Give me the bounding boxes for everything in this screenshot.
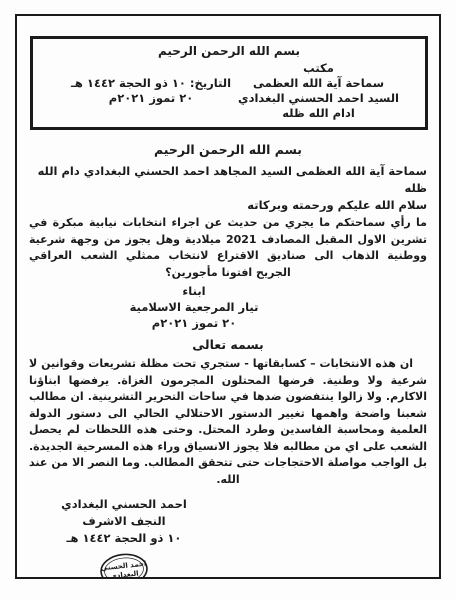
office-line-2: سماحة آية الله العظمى [238, 76, 399, 91]
questioner-line-3: ٢٠ تموز ٢٠٢١م [79, 315, 309, 331]
answer-heading: بسمه تعالى [17, 337, 439, 352]
office-line-1: مكتب [238, 61, 399, 76]
oval-stamp-icon: احمد الحسني البغدادي [96, 548, 152, 579]
question-paragraph: ما رأي سماحتكم ما يجري من حديث عن اجراء … [17, 215, 439, 281]
signature-place: النجف الاشرف [34, 513, 214, 530]
questioner-signature-block: ابناء تيار المرجعية الاسلامية ٢٠ تموز ٢٠… [79, 283, 309, 331]
signature-date: ١٠ ذو الحجة ١٤٤٢ هـ [34, 530, 214, 547]
office-title-block: مكتب سماحة آية الله العظمى السيد احمد ال… [238, 61, 399, 121]
letterhead-row: مكتب سماحة آية الله العظمى السيد احمد ال… [33, 58, 425, 121]
signature-name: احمد الحسني البغدادي [34, 496, 214, 513]
seal-area: احمد الحسني البغدادي [34, 551, 214, 579]
questioner-line-1: ابناء [79, 283, 309, 299]
body-basmala: بسم الله الرحمن الرحيم [17, 142, 439, 157]
date-block: التاريخ: ١٠ ذو الحجة ١٤٤٢ هـ ٢٠ تموز ٢٠٢… [71, 76, 231, 106]
document-outer-border: بسم الله الرحمن الرحيم مكتب سماحة آية ال… [15, 14, 441, 579]
office-line-4: ادام الله ظله [238, 106, 399, 121]
date-gregorian: ٢٠ تموز ٢٠٢١م [71, 91, 231, 106]
seal-text-line2: البغدادي [110, 570, 139, 579]
letterhead-basmala: بسم الله الرحمن الرحيم [33, 44, 425, 58]
answer-paragraph: ان هذه الانتخابات – كسابقاتها - ستجري تح… [17, 356, 439, 488]
office-line-3: السيد احمد الحسني البغدادي [238, 91, 399, 106]
scanned-letter-page: بسم الله الرحمن الرحيم مكتب سماحة آية ال… [0, 0, 456, 600]
addressee-line: سماحة آية الله العظمى السيد المجاهد احمد… [17, 163, 439, 197]
date-hijri: التاريخ: ١٠ ذو الحجة ١٤٤٢ هـ [71, 76, 231, 91]
author-signature-block: احمد الحسني البغدادي النجف الاشرف ١٠ ذو … [34, 496, 214, 547]
letterhead-box: بسم الله الرحمن الرحيم مكتب سماحة آية ال… [30, 36, 428, 130]
greeting-line: سلام الله عليكم ورحمته وبركاته [17, 197, 439, 214]
questioner-line-2: تيار المرجعية الاسلامية [79, 299, 309, 315]
